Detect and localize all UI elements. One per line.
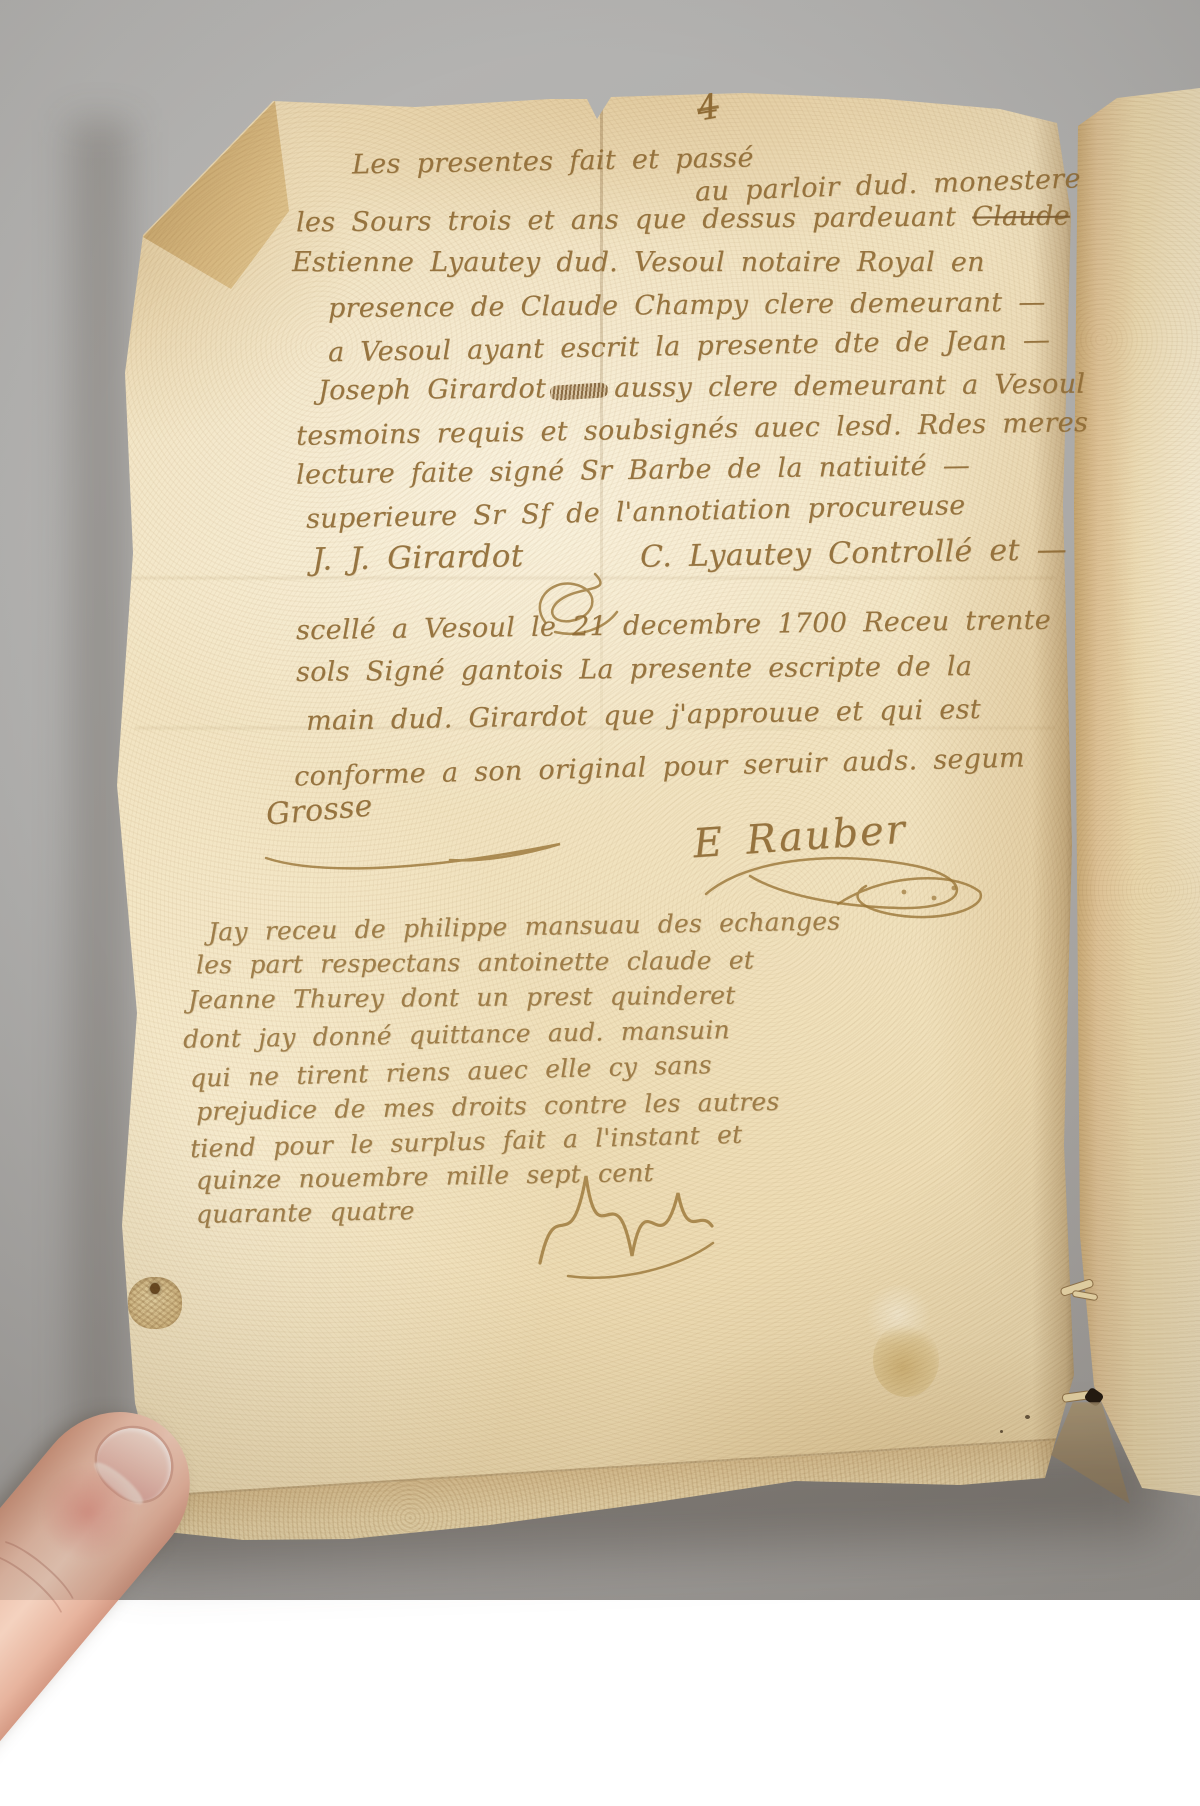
receipt-line: quarante quatre bbox=[196, 1196, 415, 1229]
grosse-underline-flourish bbox=[260, 836, 570, 878]
manuscript-line-signatures: C. Lyautey Controllé et — bbox=[640, 532, 1067, 574]
struck-word: Claude bbox=[972, 201, 1070, 233]
photograph-background: 4 Les presentes fait et passé au parloir… bbox=[0, 0, 1200, 1600]
receipt-signature-scrawl bbox=[528, 1148, 723, 1283]
ink-speck bbox=[1000, 1430, 1003, 1433]
ink-speck bbox=[1025, 1415, 1030, 1419]
manuscript-line: sols Signé gantois La presente escripte … bbox=[296, 651, 972, 688]
scribbled-out-word bbox=[550, 382, 609, 401]
receipt-line: les part respectans antoinette claude et bbox=[196, 946, 754, 980]
manuscript-line: presence de Claude Champy clere demeuran… bbox=[328, 287, 1046, 324]
line-text: les Sours trois et ans que dessus pardeu… bbox=[296, 201, 972, 238]
receipt-line: Jeanne Thurey dont un prest quinderet bbox=[188, 981, 736, 1015]
line-text: Joseph Girardot bbox=[318, 373, 546, 406]
repair-patch-blemish bbox=[128, 1277, 182, 1329]
worm-hole bbox=[150, 1283, 160, 1294]
manuscript-line-signatures: J. J. Girardot bbox=[312, 538, 524, 578]
line-text: aussy clere demeurant a Vesoul bbox=[614, 369, 1085, 404]
wax-stain bbox=[873, 1323, 939, 1397]
manuscript-line: Estienne Lyautey dud. Vesoul notaire Roy… bbox=[292, 247, 985, 278]
